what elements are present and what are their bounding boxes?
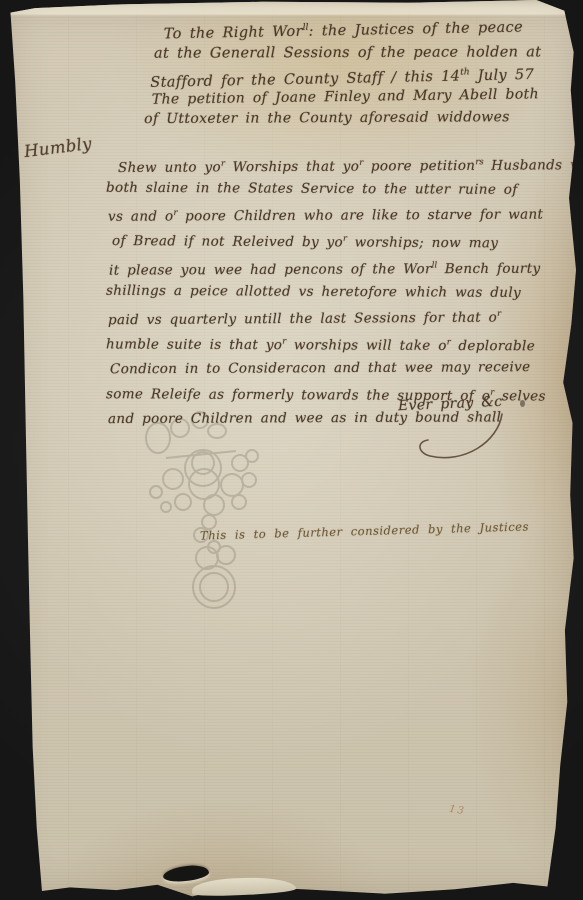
paper-hole	[162, 864, 209, 883]
body-line: both slaine in the States Service to the…	[106, 177, 583, 202]
body-line: Condicon in to Consideracon and that wee…	[110, 356, 583, 381]
grapes-watermark	[128, 406, 282, 624]
body-line: of Bread if not Releived by yor worships…	[112, 226, 583, 256]
body-line: it please you wee had pencons of the Wor…	[109, 253, 583, 282]
body-line: vs and or poore Children who are like to…	[108, 199, 583, 229]
body-line: humble suite is that yor worships will t…	[106, 329, 583, 358]
body-line: Shew unto yor Worships that yor poore pe…	[118, 150, 583, 180]
folio-mark: 13	[448, 804, 466, 817]
heading-line: To the Right Worll: the Justices of the …	[164, 12, 542, 45]
petition-heading: To the Right Worll: the Justices of the …	[150, 14, 542, 92]
body-line: paid vs quarterly untill the last Sessio…	[108, 302, 583, 332]
margin-word-humbly: Humbly	[23, 134, 93, 161]
petition-subheading: The petition of Joane Finley and Mary Ab…	[152, 84, 540, 131]
subheading-line: of Uttoxeter in the County aforesaid wid…	[144, 107, 539, 130]
pen-flourish	[382, 404, 522, 476]
petition-body: Shew unto yor Worships that yor poore pe…	[106, 151, 583, 429]
paper-speck	[303, 890, 312, 894]
paper-speck	[520, 400, 525, 407]
manuscript-page: To the Right Worll: the Justices of the …	[0, 0, 583, 900]
scan-background: To the Right Worll: the Justices of the …	[0, 0, 583, 900]
